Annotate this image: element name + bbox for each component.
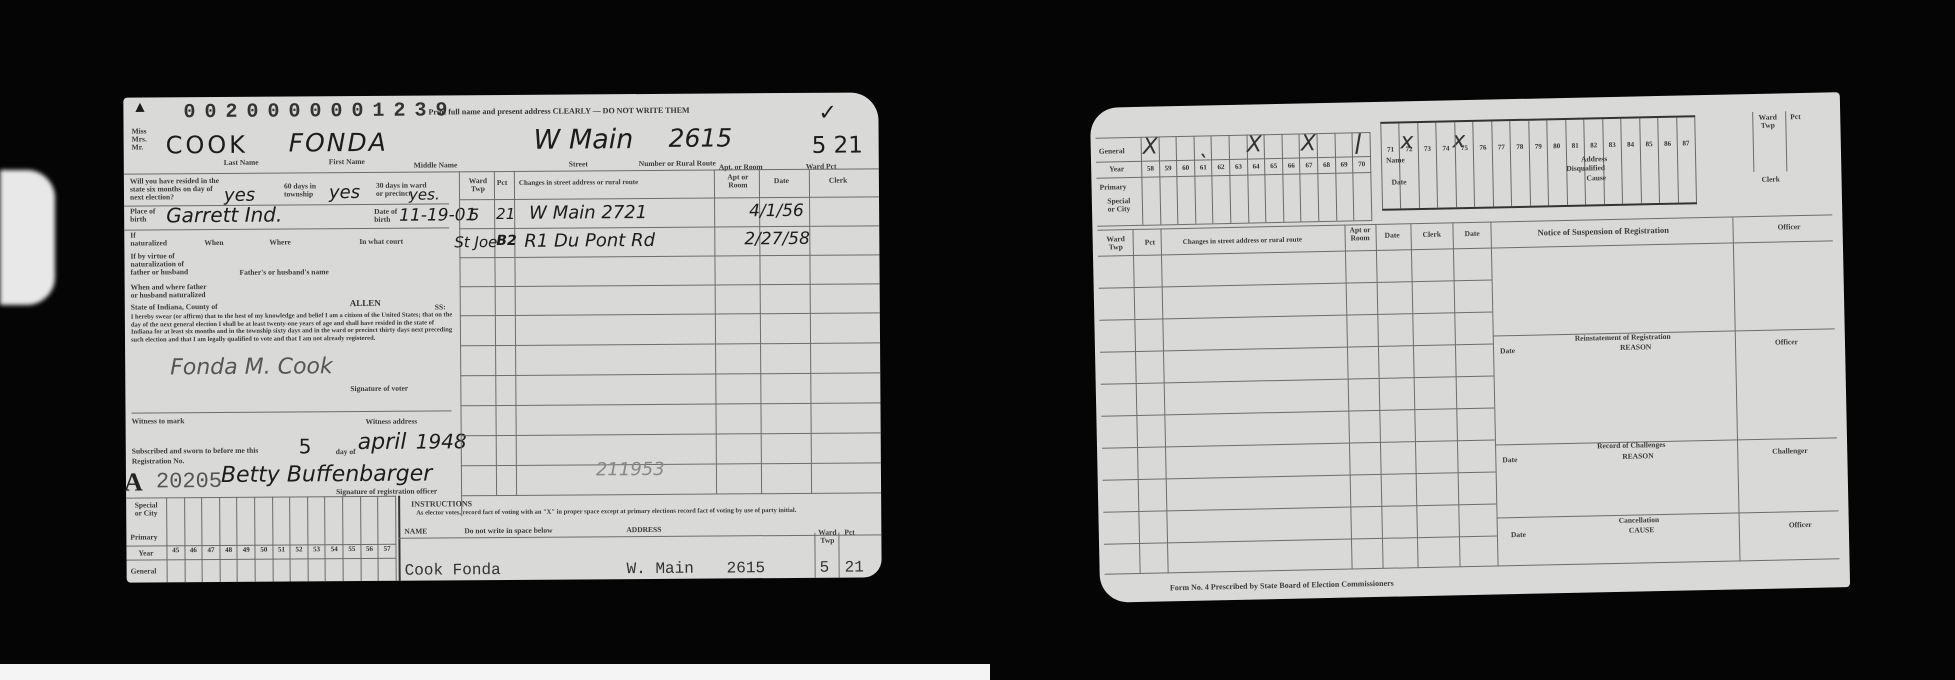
label-naturalized: If naturalized [130, 231, 170, 247]
ward-pct-value: 5 21 [812, 132, 863, 158]
oath-month-value: april [358, 430, 407, 455]
label-where: Where [269, 238, 291, 246]
cancellation-date-label: Date [1511, 531, 1526, 539]
scan-artifact-bottom-strip [0, 664, 990, 680]
label-resided-state: Will you have resided in the state six m… [130, 177, 225, 202]
oath-ss: SS: [435, 303, 446, 311]
label-back-name: Name [1386, 156, 1405, 164]
label-number: Number or Rural Route [639, 160, 716, 169]
label-street: Street [569, 160, 588, 168]
suspension-date-label: Date [1465, 230, 1480, 238]
suspension-title: Notice of Suspension of Registration [1538, 226, 1669, 237]
col-changes: Changes in street address or rural route [519, 178, 638, 187]
cancellation-title: Cancellation [1619, 516, 1660, 525]
back-row-primary: Primary [1099, 183, 1126, 192]
row-primary: Primary [130, 533, 157, 541]
label-back-cause: Cause [1586, 174, 1606, 182]
row-general: General [131, 567, 157, 575]
label-by-virtue: If by virtue of naturalization of father… [130, 252, 200, 276]
typed-address: W. Main [627, 560, 694, 578]
change-2-pct: B2 [496, 233, 517, 249]
label-footer-ward: Ward Twp [816, 529, 838, 545]
label-township-60: 60 days in township [284, 182, 329, 198]
back-col-date: Date [1385, 231, 1400, 239]
label-witness-mark: Witness to mark [132, 417, 185, 425]
cancellation-officer-label: Officer [1789, 521, 1812, 529]
challenges-date-label: Date [1502, 456, 1517, 464]
back-row-year: Year [1109, 165, 1124, 173]
label-signature-voter: Signature of voter [350, 385, 408, 393]
reinstatement-reason-label: REASON [1620, 343, 1651, 352]
oath-day-value: 5 [299, 434, 312, 458]
back-col-pct: Pct [1145, 239, 1156, 247]
back-row-general: General [1099, 147, 1125, 156]
registration-prefix: A [124, 468, 143, 498]
label-address: ADDRESS [626, 526, 661, 534]
change-2-ward: St Joe [454, 233, 497, 251]
serial-number: 0020000001239 [183, 99, 456, 124]
col-apt-room: Apt or Room [719, 173, 757, 189]
change-2-address: R1 Du Pont Rd [524, 230, 655, 252]
col-date: Date [774, 177, 789, 185]
change-2-date: 2/27/58 [744, 229, 810, 249]
back-col-ward: Ward Twp [1101, 235, 1131, 252]
first-name-value: FONDA [289, 128, 388, 158]
header-instruction: Print full name and present address CLEA… [428, 106, 689, 117]
oath-year-value: 1948 [416, 429, 467, 453]
col-pct: Pct [497, 179, 507, 187]
label-back-disqualified: Disqualified [1566, 164, 1605, 173]
checkmark-icon: ✓ [818, 101, 837, 126]
reinstatement-officer-label: Officer [1775, 338, 1798, 346]
street-value: W Main [534, 124, 634, 156]
voter-signature: Fonda M. Cook [170, 354, 333, 380]
faded-stamp-number: 211953 [596, 459, 665, 480]
label-back-ward: Ward Twp [1755, 113, 1780, 130]
cancellation-cause-label: CAUSE [1629, 526, 1655, 535]
back-row-special: Special or City [1104, 197, 1134, 214]
label-back-date: Date [1391, 178, 1406, 186]
label-father-husband-name: Father's or husband's name [240, 268, 329, 277]
typed-pct: 21 [845, 558, 864, 576]
label-name: NAME [404, 528, 427, 536]
label-place-of-birth: Place of birth [130, 207, 160, 223]
scan-artifact-left [0, 170, 55, 305]
oath-county: ALLEN [350, 298, 381, 308]
back-col-apt: Apt or Room [1347, 226, 1372, 243]
col-ward-twp: Ward Twp [464, 177, 492, 193]
row-year: Year [138, 549, 153, 557]
voter-registration-card-back: General Year Primary Special or City 58 … [1090, 92, 1850, 603]
label-footer-pct: Pct [844, 529, 854, 537]
suspension-officer-label: Officer [1777, 223, 1800, 231]
label-when-where-father: When and where father or husband natural… [131, 283, 211, 300]
officer-signature: Betty Buffenbarger [221, 461, 432, 487]
instructions-title: INSTRUCTIONS [411, 500, 472, 508]
date-of-birth-value: 11-19-01 [399, 205, 476, 226]
oath-state-county: State of Indiana, County of [131, 303, 218, 312]
row-special-city: Special or City [132, 501, 160, 517]
form-footer: Form No. 4 Prescribed by State Board of … [1170, 580, 1394, 593]
challenger-label: Challenger [1772, 447, 1808, 456]
challenges-title: Record of Challenges [1597, 441, 1665, 450]
reinstatement-date-label: Date [1500, 347, 1515, 355]
typed-ward: 5 [820, 559, 830, 577]
label-first-name: First Name [329, 158, 365, 166]
label-registration-no: Registration No. [132, 457, 185, 465]
change-1-address: W Main 2721 [529, 202, 647, 224]
label-back-clerk: Clerk [1761, 175, 1780, 183]
change-1-pct: 21 [496, 205, 515, 223]
instructions-text: As elector votes, record fact of voting … [416, 506, 876, 517]
label-witness-address: Witness address [366, 418, 418, 426]
voter-registration-card-front: ▲ 0020000001239 Print full name and pres… [123, 92, 881, 582]
label-middle-name: Middle Name [414, 161, 458, 169]
township-60-value: yes [329, 182, 360, 203]
label-back-pct: Pct [1790, 113, 1801, 121]
label-last-name: Last Name [224, 159, 259, 167]
label-what-court: In what court [359, 238, 403, 246]
place-of-birth-value: Garrett Ind. [166, 203, 282, 228]
change-1-date: 4/1/56 [749, 201, 804, 221]
typed-name: Cook Fonda [405, 561, 501, 580]
label-day-of: day of [336, 448, 356, 456]
registration-number: 20205 [156, 469, 222, 494]
label-when: When [204, 239, 223, 247]
typed-number: 2615 [727, 559, 766, 577]
vote-record-grid-front: 45 46 47 48 49 50 51 52 53 54 55 56 57 [166, 496, 397, 583]
col-clerk: Clerk [829, 177, 847, 185]
back-col-clerk: Clerk [1423, 231, 1442, 239]
oath-text: I hereby swear (or affirm) that to the b… [131, 311, 456, 343]
label-do-not-write: Do not write in space below [464, 527, 552, 536]
corner-mark: ▲ [135, 99, 144, 113]
change-1-ward: 5 [469, 205, 479, 224]
back-col-changes: Changes in street address or rural route [1183, 235, 1302, 245]
title-labels: MissMrs.Mr. [132, 127, 147, 151]
house-number-value: 2615 [669, 123, 733, 152]
vote-record-grid-back-right: 71 72 73 74 75 76 77 78 79 80 81 82 83 8… [1380, 115, 1697, 211]
last-name-value: COOK [166, 131, 248, 160]
label-subscribed: Subscribed and sworn to before me this [132, 447, 259, 456]
ward-30-value: yes. [409, 185, 440, 203]
challenges-reason-label: REASON [1622, 452, 1653, 461]
reinstatement-title: Reinstatement of Registration [1575, 333, 1671, 343]
